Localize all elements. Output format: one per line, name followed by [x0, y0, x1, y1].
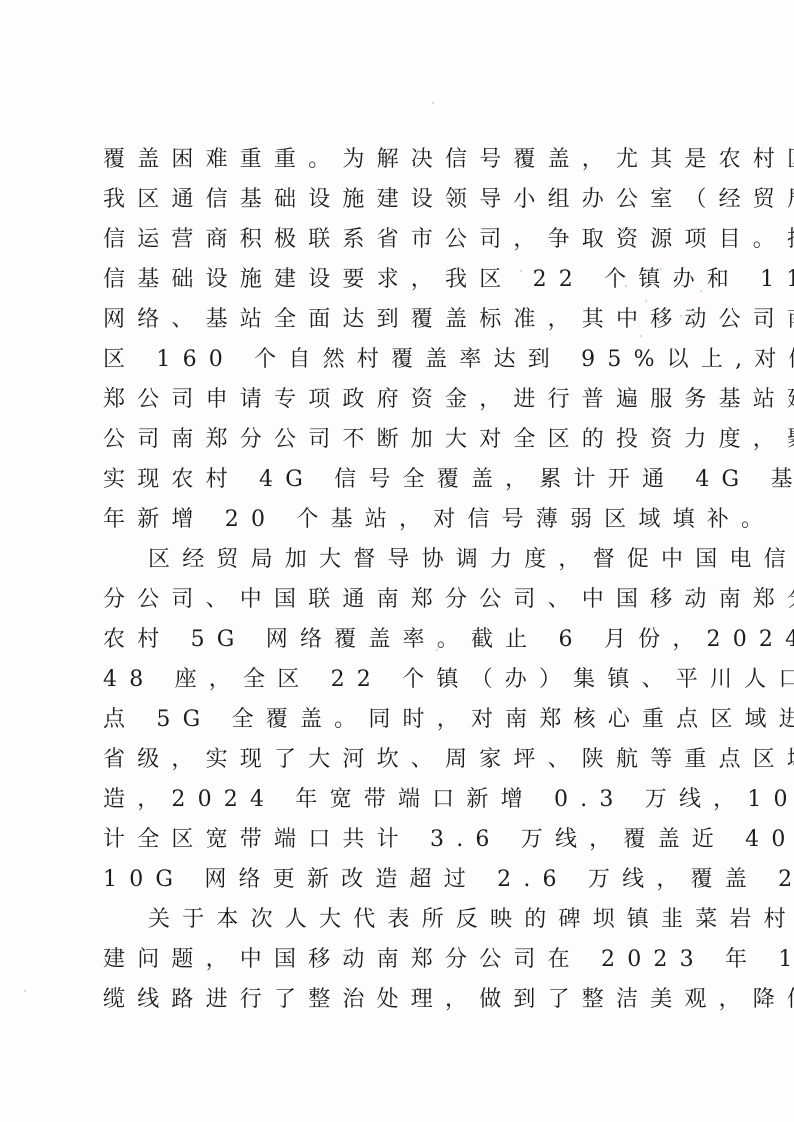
document-body: 覆盖困难重重。为解决信号覆盖，尤其是农村区域的信号需求， 我区通信基础设施建设领… [103, 140, 693, 1020]
text-line: 实现农村 4G 信号全覆盖，累计开通 4G 基站 703 个，其中 2024 [103, 460, 687, 500]
paragraph-2: 区经贸局加大督导协调力度，督促中国电信中国电信南郑 分公司、中国联通南郑分公司、… [103, 540, 693, 900]
paragraph-3: 关于本次人大代表所反映的碑坝镇韭菜岩村及周边乱搭乱 建问题，中国移动南郑分公司在… [103, 900, 693, 1020]
text-line: 信运营商积极联系省市公司，争取资源项目。按照中省市区通 [103, 220, 687, 260]
text-line: 造，2024 年宽带端口新增 0.3 万线，10G 化端口 0.23 万线，累 [103, 780, 687, 820]
text-line: 郑公司申请专项政府资金，进行普遍服务基站建设任务；联通 [103, 380, 687, 420]
scanned-document-page: 覆盖困难重重。为解决信号覆盖，尤其是农村区域的信号需求， 我区通信基础设施建设领… [0, 0, 794, 1122]
scan-speck [24, 990, 26, 992]
text-line: 建问题，中国移动南郑分公司在 2023 年 12 月份对碑坝村的光 [103, 940, 687, 980]
text-line: 信基础设施建设要求，我区 22 个镇办和 111 个贫困村宽带 4G [103, 260, 687, 300]
text-line: 覆盖困难重重。为解决信号覆盖，尤其是农村区域的信号需求， [103, 140, 687, 180]
text-line: 10G 网络更新改造超过 2.6 万线，覆盖 250 个局向区域。 [103, 860, 687, 900]
text-line: 计全区宽带端口共计 3.6 万线，覆盖近 400 个巨向区域，其中 [103, 820, 687, 860]
text-line: 点 5G 全覆盖。同时，对南郑核心重点区域进行了 10GPON 安装 [103, 700, 687, 740]
text-line: 区 160 个自然村覆盖率达到 95%以上,对偏远山区无覆盖区域南 [103, 340, 687, 380]
text-line: 省级，实现了大河坎、周家坪、陕航等重点区域的千兆网络改 [103, 740, 687, 780]
text-line: 年新增 20 个基站，对信号薄弱区域填补。 [103, 500, 687, 540]
text-line: 分公司、中国联通南郑分公司、中国移动南郑分公司持续提高 [103, 580, 687, 620]
text-line: 关于本次人大代表所反映的碑坝镇韭菜岩村及周边乱搭乱 [103, 900, 687, 940]
text-line: 农村 5G 网络覆盖率。截止 6 月份，2024 年新建并开通 5G 基站 [103, 620, 687, 660]
text-line: 48 座，全区 22 个镇（办）集镇、平川人口密集行政村、旅游景 [103, 660, 687, 700]
text-line: 区经贸局加大督导协调力度，督促中国电信中国电信南郑 [103, 540, 687, 580]
text-line: 我区通信基础设施建设领导小组办公室（经贸局设）要求各通 [103, 180, 687, 220]
paragraph-1: 覆盖困难重重。为解决信号覆盖，尤其是农村区域的信号需求， 我区通信基础设施建设领… [103, 140, 693, 540]
text-line: 网络、基站全面达到覆盖标准，其中移动公司南郑分公司按全 [103, 300, 687, 340]
text-line: 缆线路进行了整治处理，做到了整洁美观，降低了安全隐患， [103, 980, 687, 1020]
scan-speck [432, 102, 434, 104]
text-line: 公司南郑分公司不断加大对全区的投资力度，聚焦端网业协同， [103, 420, 687, 460]
